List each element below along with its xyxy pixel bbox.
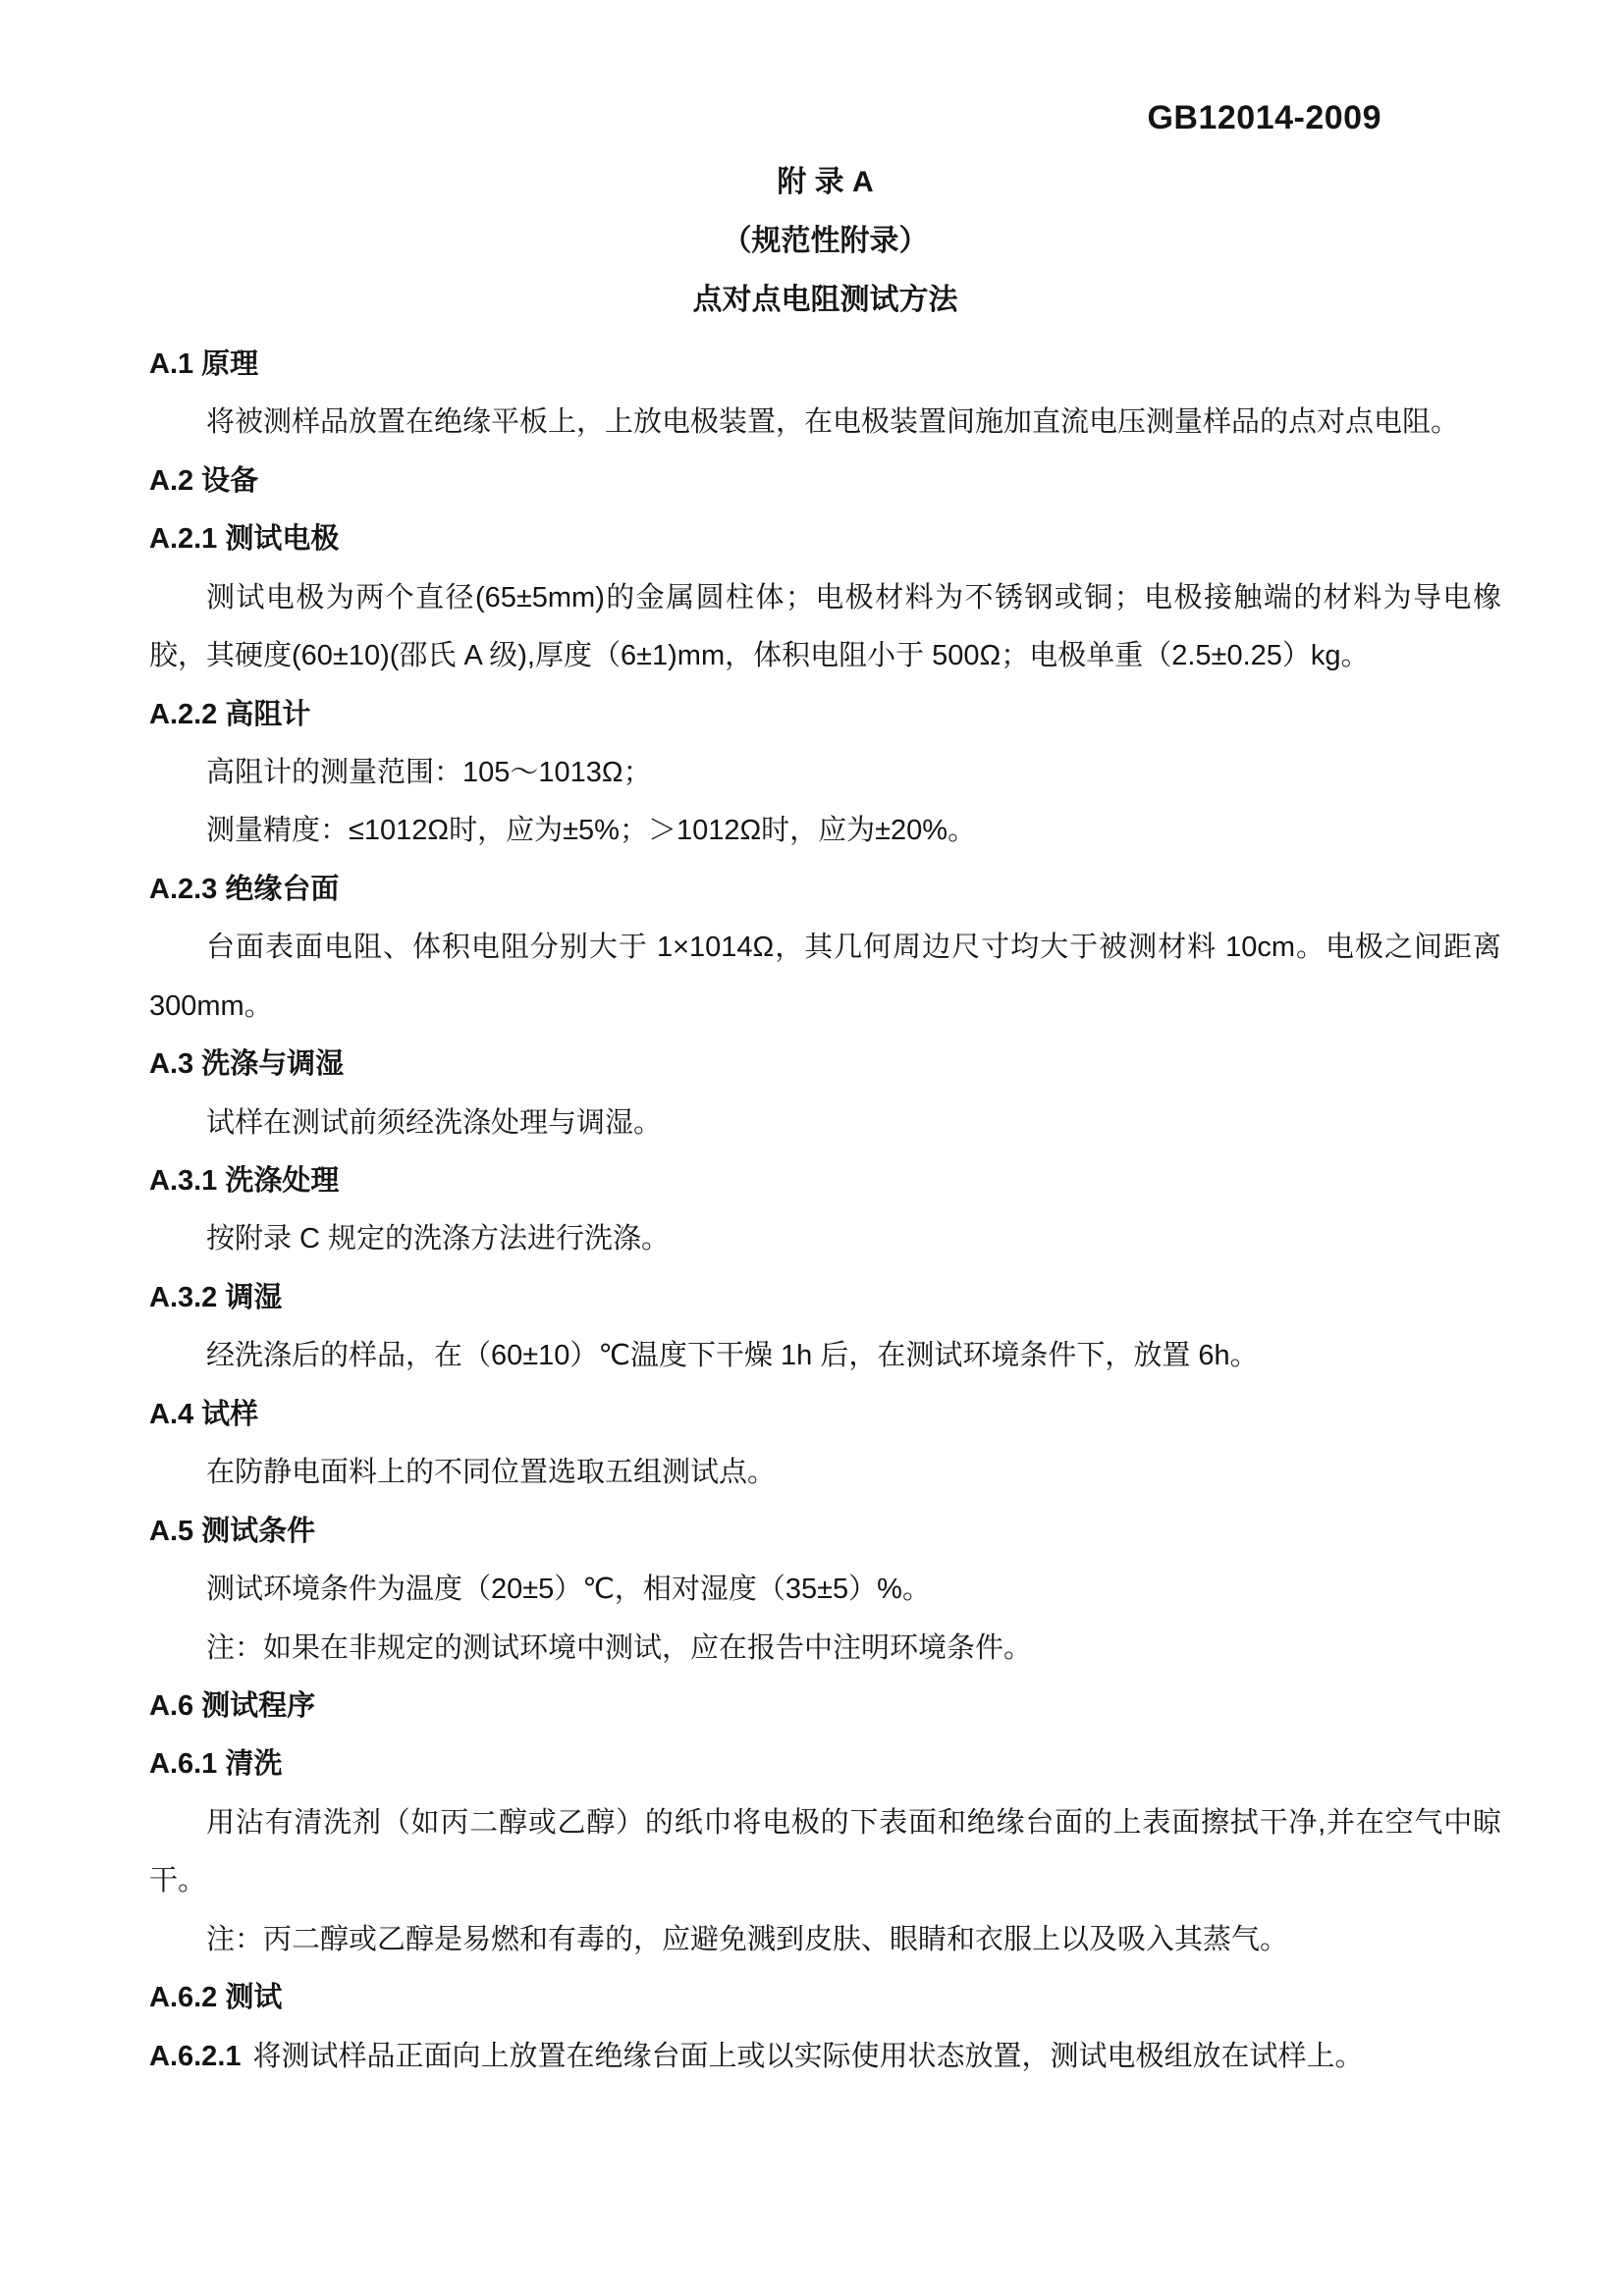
section-heading-a6: A.6 测试程序 — [149, 1678, 1501, 1735]
section-heading-a2: A.2 设备 — [149, 453, 1501, 510]
clause-text-a621: 将测试样品正面向上放置在绝缘台面上或以实际使用状态放置，测试电极组放在试样上。 — [253, 2041, 1364, 2072]
section-heading-a21: A.2.1 测试电极 — [149, 510, 1501, 568]
appendix-topic: 点对点电阻测试方法 — [149, 271, 1501, 330]
section-heading-a3: A.3 洗涤与调湿 — [149, 1036, 1501, 1094]
appendix-title: 附 录 A — [149, 153, 1501, 212]
section-heading-a23: A.2.3 绝缘台面 — [149, 861, 1501, 919]
section-heading-a32: A.3.2 调湿 — [149, 1269, 1501, 1327]
paragraph-a21: 测试电极为两个直径(65±5mm)的金属圆柱体；电极材料为不锈钢或铜；电极接触端… — [149, 569, 1501, 686]
paragraph-a61: 用沾有清洗剂（如丙二醇或乙醇）的纸巾将电极的下表面和绝缘台面的上表面擦拭干净,并… — [149, 1794, 1501, 1911]
paragraph-a5: 测试环境条件为温度（20±5）℃，相对湿度（35±5）%。 — [149, 1561, 1501, 1619]
paragraph-a22-accuracy: 测量精度：≤1012Ω时，应为±5%；＞1012Ω时，应为±20%。 — [149, 802, 1501, 860]
section-heading-a5: A.5 测试条件 — [149, 1503, 1501, 1561]
paragraph-a32: 经洗涤后的样品，在（60±10）℃温度下干燥 1h 后，在测试环境条件下，放置 … — [149, 1327, 1501, 1385]
note-a5: 注：如果在非规定的测试环境中测试，应在报告中注明环境条件。 — [149, 1620, 1501, 1678]
paragraph-a22-range: 高阻计的测量范围：105～1013Ω； — [149, 744, 1501, 802]
section-heading-a61: A.6.1 清洗 — [149, 1735, 1501, 1793]
document-page: GB12014-2009 附 录 A （规范性附录） 点对点电阻测试方法 A.1… — [0, 0, 1624, 2296]
doc-number: GB12014-2009 — [149, 96, 1501, 141]
section-heading-a62: A.6.2 测试 — [149, 1969, 1501, 2027]
note-a61: 注：丙二醇或乙醇是易燃和有毒的，应避免溅到皮肤、眼睛和衣服上以及吸入其蒸气。 — [149, 1911, 1501, 1969]
clause-number-a621: A.6.2.1 — [149, 2041, 242, 2072]
appendix-subtitle: （规范性附录） — [149, 212, 1501, 271]
paragraph-a23: 台面表面电阻、体积电阻分别大于 1×1014Ω，其几何周边尺寸均大于被测材料 1… — [149, 919, 1501, 1036]
paragraph-a31: 按附录 C 规定的洗涤方法进行洗涤。 — [149, 1210, 1501, 1268]
paragraph-a621: A.6.2.1将测试样品正面向上放置在绝缘台面上或以实际使用状态放置，测试电极组… — [149, 2028, 1501, 2086]
paragraph-a3: 试样在测试前须经洗涤处理与调湿。 — [149, 1095, 1501, 1152]
section-heading-a31: A.3.1 洗涤处理 — [149, 1152, 1501, 1210]
section-heading-a4: A.4 试样 — [149, 1386, 1501, 1444]
paragraph-a4: 在防静电面料上的不同位置选取五组测试点。 — [149, 1444, 1501, 1502]
appendix-title-block: 附 录 A （规范性附录） 点对点电阻测试方法 — [149, 153, 1501, 330]
section-heading-a1: A.1 原理 — [149, 336, 1501, 394]
paragraph-a1: 将被测样品放置在绝缘平板上，上放电极装置，在电极装置间施加直流电压测量样品的点对… — [149, 394, 1501, 452]
section-heading-a22: A.2.2 高阻计 — [149, 686, 1501, 744]
